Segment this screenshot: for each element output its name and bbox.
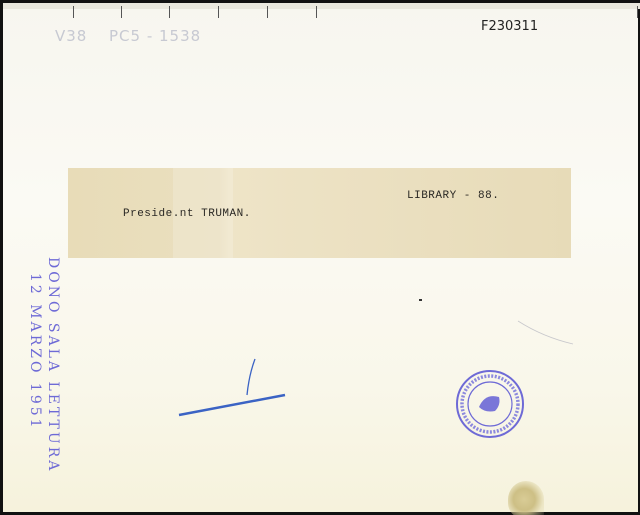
ink-speck	[419, 299, 422, 301]
pen-stroke-horizontal	[179, 395, 285, 415]
paper-stain	[508, 481, 544, 515]
pen-stroke-vertical	[247, 359, 255, 395]
emblem-icon	[479, 396, 500, 411]
pen-marks	[3, 3, 640, 515]
faint-line	[518, 321, 573, 344]
archive-round-stamp	[455, 369, 525, 439]
photo-back-sheet: V38 PC5 - 1538 F230311 LIBRARY - 88. Pre…	[0, 0, 640, 515]
